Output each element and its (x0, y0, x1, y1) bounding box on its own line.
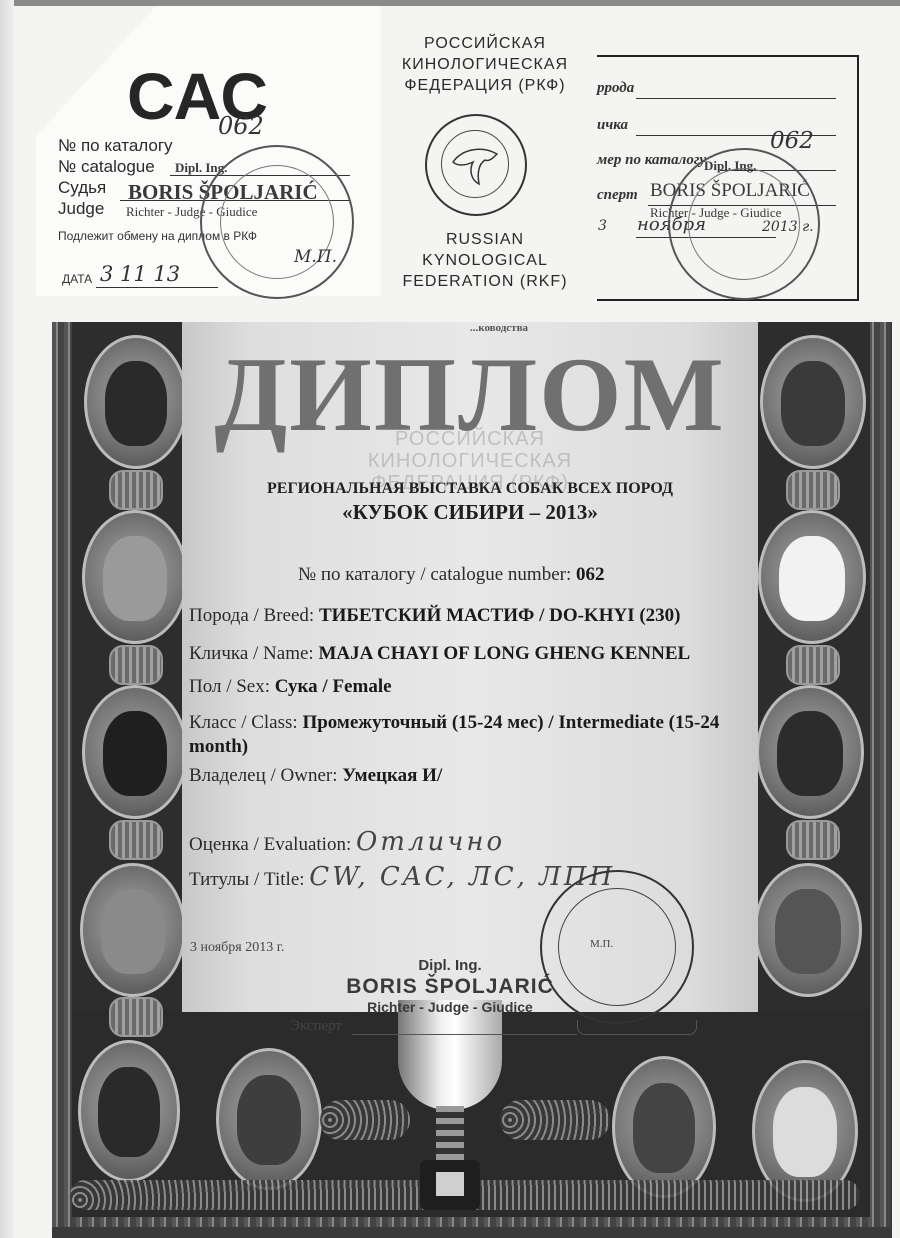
organisation-seal-mark: М.П. (590, 938, 613, 950)
rkf-en-line1: RUSSIAN (370, 229, 600, 250)
evaluation-label: Оценка / Evaluation: (189, 834, 351, 855)
title-label: Титулы / Title: (189, 869, 305, 890)
medallion-french-bulldog (78, 1040, 180, 1182)
cac-date-label: ДАТА (62, 272, 92, 286)
ornament-knot (786, 470, 840, 510)
watermark-line: РОССИЙСКАЯ (340, 428, 600, 450)
rkf-ru-line3: ФЕДЕРАЦИЯ (РКФ) (370, 75, 600, 96)
trophy-stem (436, 1106, 464, 1166)
ornament-swirl (500, 1100, 610, 1140)
diploma-date: 3 ноября 2013 г. (190, 940, 284, 956)
medallion-poodle (758, 510, 866, 644)
owner-label: Владелец / Owner: (189, 765, 338, 786)
dog-portrait (105, 361, 168, 445)
trophy-plate (436, 1172, 464, 1196)
rkf-ru-line2: КИНОЛОГИЧЕСКАЯ (370, 54, 600, 75)
field-catalogue: № по каталогу / catalogue number: 062 (298, 563, 604, 587)
ornament-knot (109, 470, 163, 510)
exchange-round-seal (668, 148, 820, 300)
expert-signature-line (352, 1034, 577, 1035)
exchange-catalogue-label: мер по каталогу (597, 152, 706, 169)
exchange-round-seal-inner (688, 168, 800, 280)
ornament-knot (109, 820, 163, 860)
dog-portrait (779, 536, 844, 620)
cac-seal-mark: М.П. (294, 247, 337, 267)
signature-degree: Dipl. Ing. (340, 957, 560, 974)
signature-title: Richter - Judge - Giudice (340, 999, 560, 1015)
owner-value: Умецкая И/ (342, 765, 442, 786)
dog-head-icon (449, 140, 503, 190)
dog-portrait (237, 1075, 301, 1165)
ornament-swirl (320, 1100, 410, 1140)
scan-left-shadow (0, 0, 14, 1238)
sex-label: Пол / Sex: (189, 676, 270, 697)
dog-portrait (633, 1083, 696, 1173)
organisation-seal-inner (558, 888, 676, 1006)
ornament-knot (109, 997, 163, 1037)
diploma-top-fragment: ...ководства (360, 322, 528, 334)
dog-portrait (101, 889, 165, 973)
medallion-dogue (760, 335, 866, 469)
name-label: Кличка / Name: (189, 643, 314, 664)
breed-label: Порода / Breed: (189, 605, 314, 626)
expert-label: Эксперт (290, 1018, 342, 1035)
cac-round-seal: М.П. (200, 145, 354, 299)
dog-portrait (777, 711, 842, 795)
medallion-bulldog (754, 863, 862, 997)
organisation-seal: М.П. (540, 870, 694, 1024)
event-title: «КУБОК СИБИРИ – 2013» (182, 500, 758, 525)
trophy-cup-icon (398, 1000, 502, 1110)
event-name: РЕГИОНАЛЬНАЯ ВЫСТАВКА СОБАК ВСЕХ ПОРОД (182, 480, 758, 498)
watermark-line: КИНОЛОГИЧЕСКАЯ (340, 450, 600, 472)
cac-catalogue-label-en: № catalogue (58, 157, 155, 177)
sex-value: Сука / Female (275, 676, 392, 697)
rkf-ru-line1: РОССИЙСКАЯ (370, 33, 600, 54)
cac-catalogue-number: 062 (218, 112, 264, 140)
medallion-rottweiler (82, 685, 188, 819)
rkf-emblem (425, 114, 527, 216)
medallion-yorkshire (82, 510, 188, 644)
dog-portrait (98, 1067, 159, 1157)
rkf-en-line3: FEDERATION (RKF) (370, 271, 600, 292)
field-breed: Порода / Breed: ТИБЕТСКИЙ МАСТИФ / DO-KH… (189, 604, 681, 628)
exchange-expert-label: сперт (597, 187, 638, 204)
medallion-chow (80, 863, 186, 997)
dog-portrait (103, 536, 167, 620)
cac-catalogue-label-ru: № по каталогу (58, 136, 173, 156)
signature-name: BORIS ŠPOLJARIĆ (340, 975, 560, 999)
dog-portrait (103, 711, 167, 795)
medallion-boxer (216, 1048, 322, 1190)
field-evaluation: Оценка / Evaluation: Отлично (189, 830, 505, 857)
ornament-knot (786, 645, 840, 685)
field-name: Кличка / Name: MAJA CHAYI OF LONG GHENG … (189, 642, 690, 666)
dog-portrait (775, 889, 840, 973)
expert-name-bracket (577, 1020, 697, 1035)
medallion-mastiff (84, 335, 188, 469)
name-value: MAJA CHAYI OF LONG GHENG KENNEL (318, 643, 690, 664)
field-class: Класс / Class: Промежуточный (15-24 мес)… (189, 711, 739, 759)
field-title: Титулы / Title: CW, CAC, ЛС, ЛПП (189, 865, 615, 892)
field-sex: Пол / Sex: Сука / Female (189, 675, 392, 699)
exchange-catalogue-value: 062 (770, 128, 814, 154)
scan-top-edge (0, 0, 900, 6)
field-owner: Владелец / Owner: Умецкая И/ (189, 764, 442, 788)
ornament-knot (786, 820, 840, 860)
exchange-date-day: 3 (598, 218, 607, 234)
exchange-breed-label: ррода (597, 80, 634, 97)
dog-portrait (773, 1087, 837, 1177)
cac-judge-label-en: Judge (58, 199, 104, 219)
exchange-name-label: ичка (597, 117, 628, 134)
rkf-en-line2: KYNOLOGICAL (370, 250, 600, 271)
exchange-breed-line (636, 98, 836, 99)
evaluation-value: Отлично (356, 827, 505, 857)
catalogue-value: 062 (576, 564, 605, 585)
cac-date-underline (96, 287, 218, 288)
cac-date-value: 3 11 13 (100, 262, 180, 286)
class-label: Класс / Class: (189, 712, 298, 733)
medallion-spaniel (756, 685, 864, 819)
dog-portrait (781, 361, 845, 445)
diploma-top-fragment-text: ...ководства (470, 322, 528, 334)
ornament-knot (109, 645, 163, 685)
breed-value: ТИБЕТСКИЙ МАСТИФ / DO-KHYI (230) (319, 605, 681, 626)
medallion-shepherd (612, 1056, 716, 1198)
catalogue-label: № по каталогу / catalogue number: (298, 564, 571, 585)
cac-judge-label-ru: Судья (58, 178, 106, 198)
